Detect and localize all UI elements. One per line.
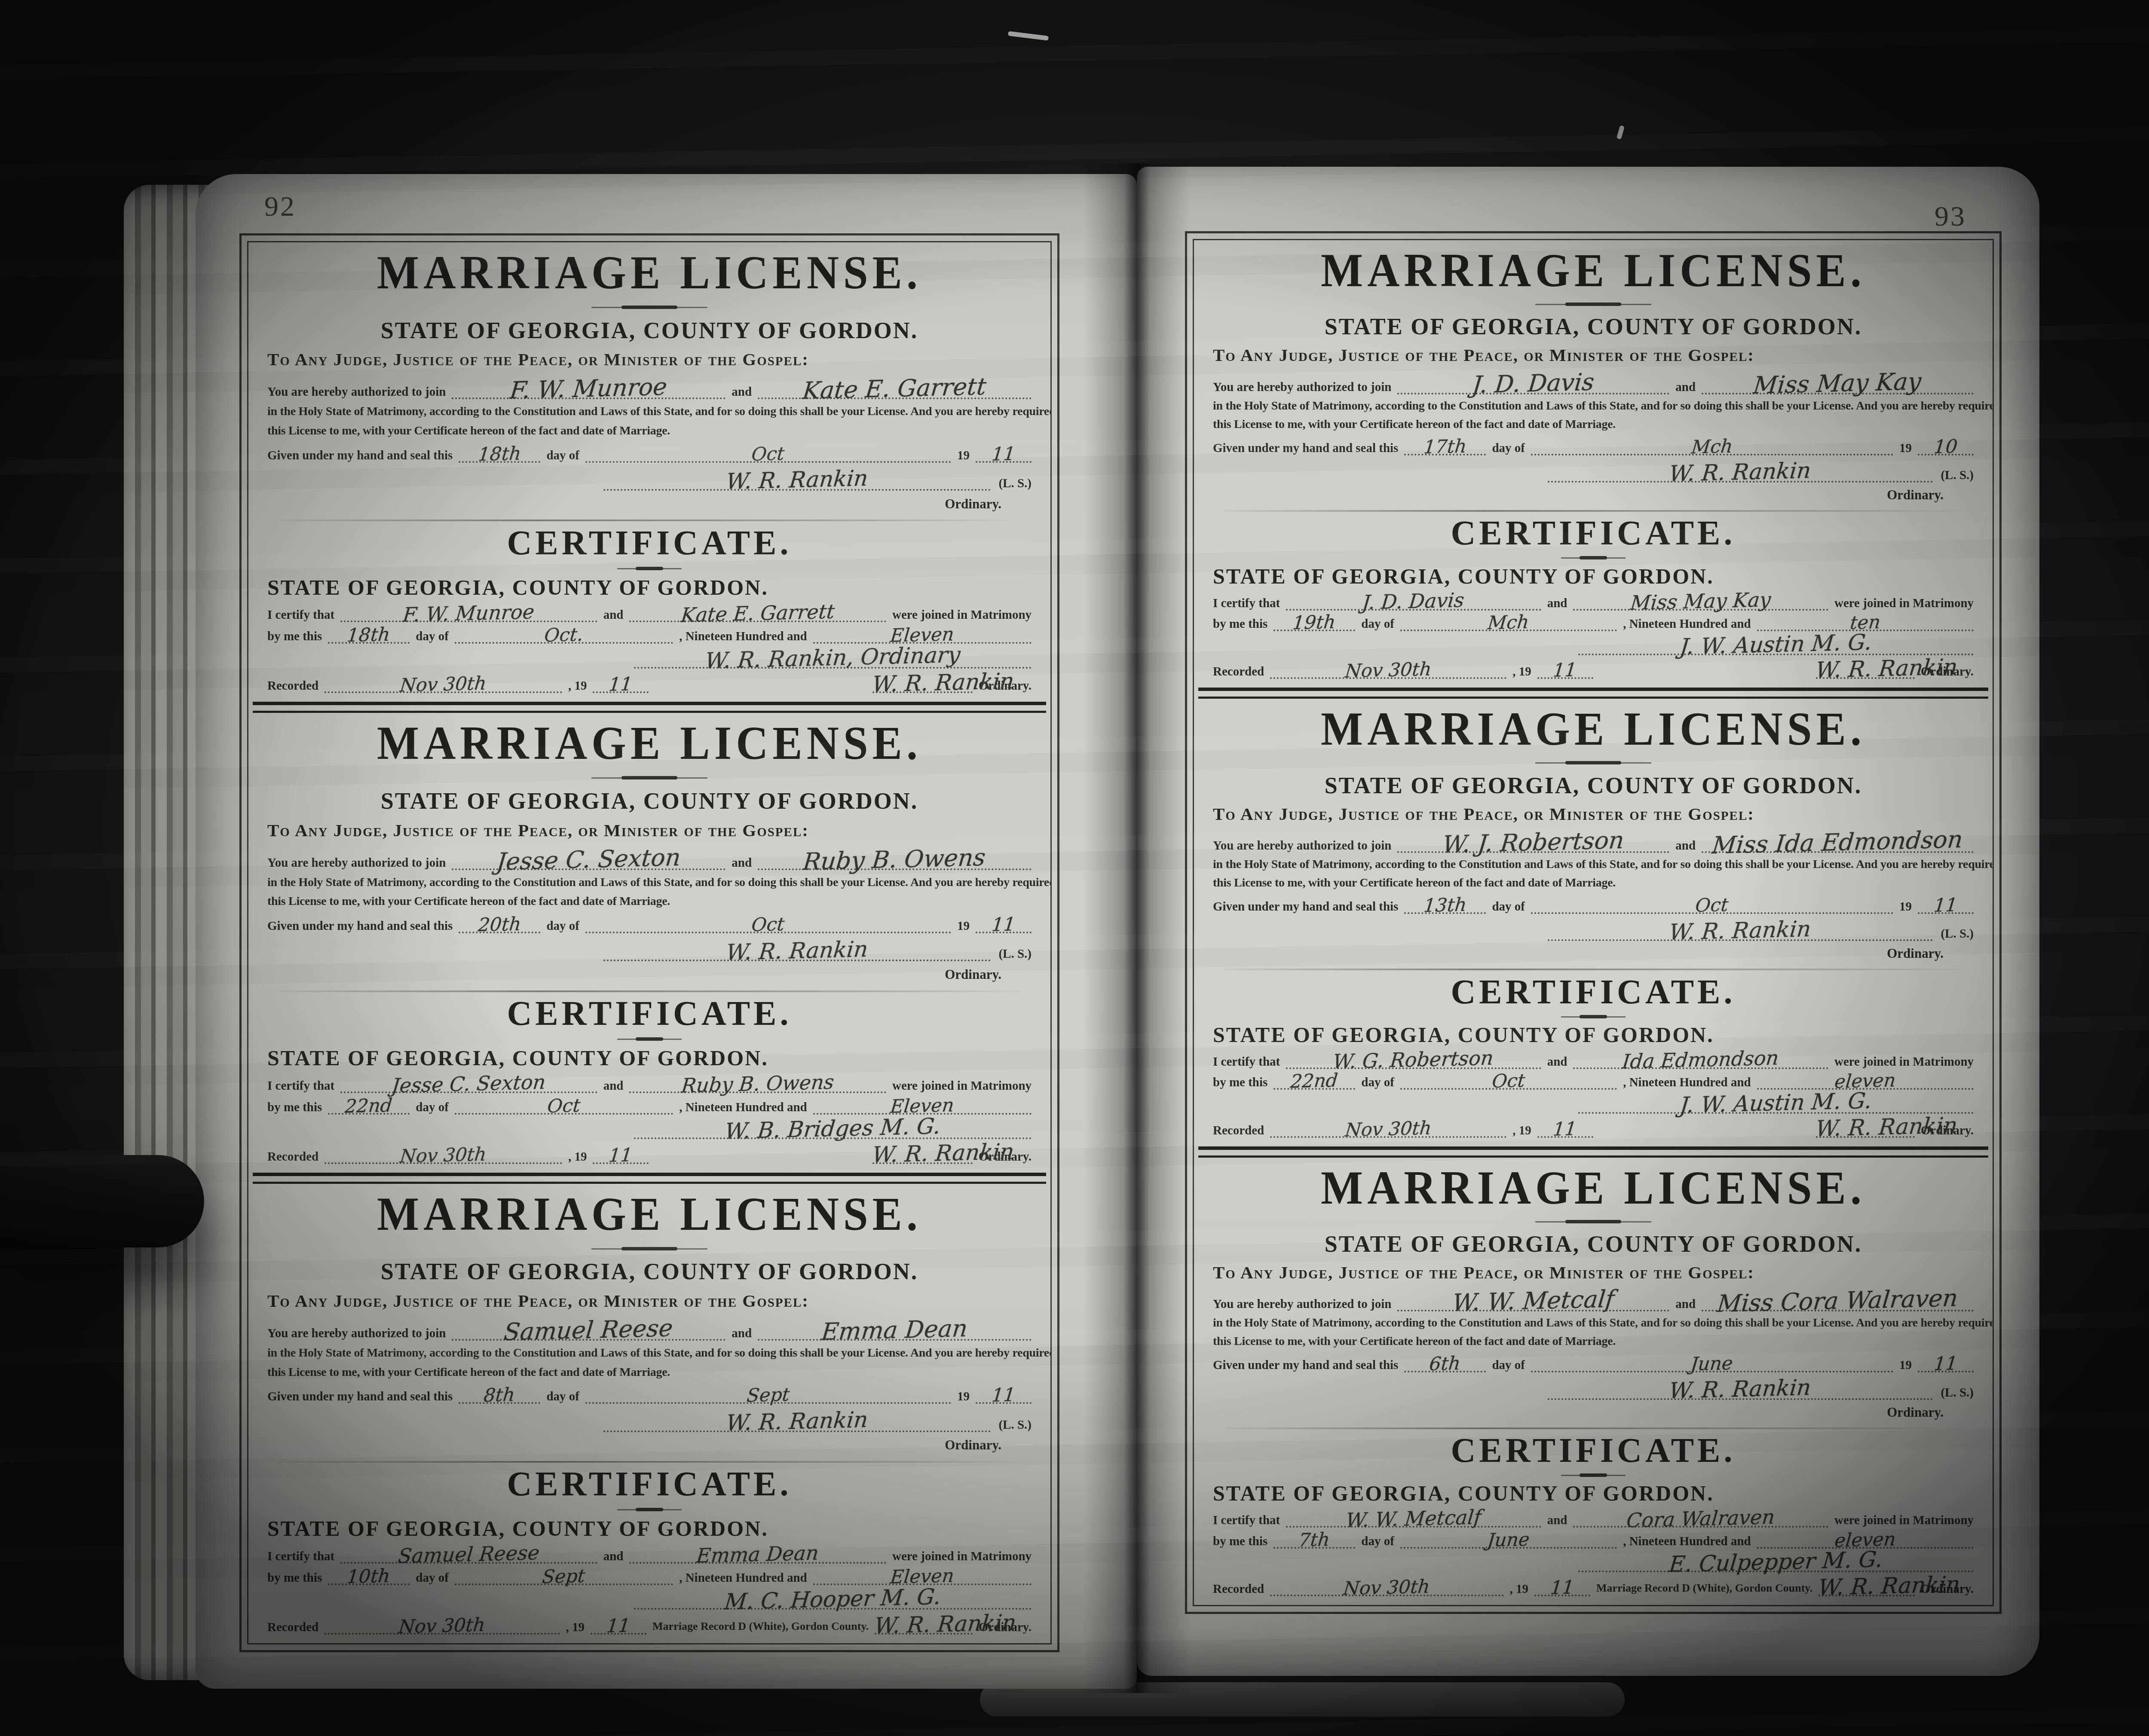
certify-row: I certify that W. W. Metcalf and Cora Wa… [1213, 1507, 1974, 1528]
year-blank: 11 [976, 914, 1032, 933]
minister-signature: J. W. Austin M. G. [1679, 1091, 1873, 1116]
license-body-line-1: in the Holy State of Matrimony, accordin… [267, 1346, 1032, 1360]
groom-name: W. J. Robertson [1442, 828, 1625, 856]
given-row: Given under my hand and seal this 20th d… [267, 914, 1032, 933]
year-blank: 11 [1918, 1353, 1974, 1372]
record-book-footer: Marriage Record D (White), Gordon County… [1596, 1582, 1812, 1596]
book-gutter-shadow [1083, 163, 1191, 1693]
given-row: Given under my hand and seal this 6th da… [1213, 1353, 1974, 1372]
day-of-label: day of [416, 1100, 449, 1115]
and-label: and [1547, 596, 1567, 611]
section-separator [1198, 688, 1988, 699]
cert-month-blank: Oct [455, 1095, 673, 1115]
marriage-license-section: MARRIAGE LICENSE. STATE OF GEORGIA, COUN… [1213, 706, 1974, 970]
signature-blank: W. R. Rankin [603, 1409, 991, 1432]
given-label: Given under my hand and seal this [1213, 900, 1398, 914]
form-frame: MARRIAGE LICENSE. STATE OF GEORGIA, COUN… [1185, 231, 2002, 1614]
day-of-label: day of [416, 1571, 449, 1585]
license-body-line-1: in the Holy State of Matrimony, accordin… [1213, 399, 1974, 413]
film-scratch [1616, 125, 1625, 140]
license-body-line-2: this License to me, with your Certificat… [1213, 876, 1974, 890]
ordinary-label: Ordinary. [1213, 946, 1974, 961]
section-separator [1198, 1146, 1988, 1158]
bride-name: Miss May Kay [1752, 370, 1922, 397]
license-month: Oct [751, 916, 786, 934]
state-county-heading: STATE OF GEORGIA, COUNTY OF GORDON. [267, 1045, 1032, 1070]
year-printed-label: 19 [1899, 1358, 1912, 1372]
ordinary-signature: W. R. Rankin [1668, 919, 1812, 944]
license-body-line-1: in the Holy State of Matrimony, accordin… [267, 876, 1032, 889]
recorded-year-blank: 11 [593, 674, 649, 693]
recorded-year-printed: , 19 [566, 1620, 585, 1635]
recorded-year-blank: 11 [1537, 1119, 1593, 1138]
year-printed-label: 19 [957, 1390, 970, 1404]
cert-day: 22nd [344, 1097, 393, 1116]
signature-blank: W. R. Rankin [603, 939, 991, 961]
scanned-record-book-photo: 92 MARRIAGE LICENSE. STATE OF GEORGIA, C… [0, 0, 2149, 1736]
record-unit: MARRIAGE LICENSE. STATE OF GEORGIA, COUN… [1194, 1158, 1993, 1605]
recorded-year-printed: , 19 [568, 679, 587, 693]
cert-bride-name: Cora Walraven [1626, 1507, 1776, 1530]
license-title: MARRIAGE LICENSE. [267, 1190, 1032, 1238]
officiant-blank: W. R. Rankin, Ordinary [634, 646, 1032, 668]
recorded-date: Nov 30th [399, 1146, 487, 1165]
recorded-date: Nov 30th [398, 1617, 486, 1636]
state-county-heading: STATE OF GEORGIA, COUNTY OF GORDON. [1213, 1231, 1974, 1257]
officiant-blank: J. W. Austin M. G. [1578, 633, 1974, 655]
state-county-heading: STATE OF GEORGIA, COUNTY OF GORDON. [267, 1516, 1032, 1541]
cert-month-blank: Oct [1400, 1070, 1617, 1090]
officiant-blank: E. Culpepper M. G. [1578, 1550, 1974, 1572]
recorded-label: Recorded [1213, 1582, 1264, 1596]
license-body-line-1: in the Holy State of Matrimony, accordin… [1213, 1316, 1974, 1330]
recorder-signature: W. R. Rankin [1815, 1116, 1958, 1140]
nineteen-label: , Nineteen Hundred and [679, 1100, 807, 1115]
nineteen-label: , Nineteen Hundred and [679, 630, 807, 644]
signature-row: W. R. Rankin (L. S.) [1548, 1377, 1974, 1400]
cert-groom-name: F. W. Munroe [402, 602, 535, 624]
recorded-blank: Nov 30th [324, 1615, 560, 1635]
recorded-year-printed: , 19 [1510, 1582, 1529, 1596]
officiant-row: M. C. Hooper M. G. [634, 1587, 1032, 1610]
by-me-label: by me this [1213, 1076, 1267, 1090]
record-book-footer: Marriage Record D (White), Gordon County… [652, 1620, 869, 1635]
recorder-blank: W. R. Rankin [875, 1612, 972, 1635]
recorded-blank: Nov 30th [324, 1145, 562, 1164]
cert-bride-name: Kate E. Garrett [680, 602, 835, 625]
recorded-blank: Nov 30th [1270, 1119, 1506, 1138]
marriage-license-section: MARRIAGE LICENSE. STATE OF GEORGIA, COUN… [267, 250, 1032, 522]
ordinary-label: Ordinary. [267, 1437, 1032, 1453]
cert-day: 18th [346, 626, 391, 645]
and-label: and [1675, 380, 1696, 394]
and-label: and [732, 385, 752, 399]
month-blank: Sept [585, 1385, 951, 1404]
day-of-label: day of [1492, 441, 1525, 455]
cert-month: Oct [546, 1097, 581, 1116]
cert-month-blank: Mch [1400, 612, 1617, 631]
cert-bride-blank: Kate E. Garrett [629, 602, 886, 623]
license-body-line-2: this License to me, with your Certificat… [1213, 418, 1974, 431]
license-year: 10 [1933, 438, 1958, 456]
ornament-divider [591, 1247, 707, 1250]
salutation: To Any Judge, Justice of the Peace, or M… [267, 349, 1032, 370]
license-year: 11 [1933, 896, 1958, 914]
authorize-label: You are hereby authorized to join [267, 856, 446, 870]
and-label: and [732, 1326, 752, 1341]
bride-name: Miss Cora Walraven [1716, 1287, 1959, 1315]
license-year: 11 [991, 916, 1016, 934]
ordinary-signature: W. R. Rankin [725, 468, 869, 493]
ordinary-label: Ordinary. [267, 967, 1032, 982]
groom-name: Samuel Reese [503, 1317, 674, 1343]
cert-year-words: Eleven [889, 1097, 955, 1116]
certify-label: I certify that [1213, 1055, 1280, 1069]
signature-row: W. R. Rankin (L. S.) [603, 939, 1032, 961]
signature-blank: W. R. Rankin [1548, 919, 1933, 941]
minister-signature: W. B. Bridges M. G. [724, 1116, 941, 1143]
day-blank: 8th [459, 1385, 540, 1404]
cert-day-blank: 10th [328, 1566, 410, 1585]
license-month: Mch [1690, 437, 1733, 456]
given-label: Given under my hand and seal this [267, 1390, 453, 1404]
groom-name: W. W. Metcalf [1451, 1287, 1615, 1314]
nineteen-label: , Nineteen Hundred and [1623, 1534, 1751, 1549]
officiant-row: J. W. Austin M. G. [1578, 633, 1974, 655]
by-me-row: by me this 7th day of June , Nineteen Hu… [1213, 1529, 1974, 1549]
certify-label: I certify that [1213, 596, 1280, 611]
license-day: 6th [1429, 1355, 1461, 1373]
cert-groom-blank: Jesse C. Sexton [340, 1073, 597, 1093]
license-year: 11 [1933, 1355, 1958, 1373]
certificate-section: CERTIFICATE. STATE OF GEORGIA, COUNTY OF… [1213, 512, 1974, 679]
form-frame-inner: MARRIAGE LICENSE. STATE OF GEORGIA, COUN… [247, 241, 1052, 1644]
certificate-section: CERTIFICATE. STATE OF GEORGIA, COUNTY OF… [267, 1463, 1032, 1635]
license-day: 13th [1423, 896, 1467, 915]
license-day: 8th [483, 1387, 516, 1405]
by-me-row: by me this 19th day of Mch , Nineteen Hu… [1213, 612, 1974, 631]
joined-label: were joined in Matrimony [892, 1079, 1032, 1093]
by-me-label: by me this [267, 1100, 322, 1115]
certify-label: I certify that [1213, 1513, 1280, 1528]
page-number: 93 [1935, 200, 1966, 233]
cert-day: 7th [1298, 1531, 1331, 1550]
cert-groom-name: Samuel Reese [397, 1543, 540, 1566]
officiant-row: W. R. Rankin, Ordinary [634, 646, 1032, 668]
recorded-year-printed: , 19 [568, 1150, 587, 1164]
state-county-heading: STATE OF GEORGIA, COUNTY OF GORDON. [267, 1258, 1032, 1285]
given-row: Given under my hand and seal this 8th da… [267, 1385, 1032, 1404]
recorder-signature: W. R. Rankin [871, 1142, 1015, 1166]
cert-bride-name: Ruby B. Owens [680, 1073, 835, 1095]
page-number: 92 [264, 190, 296, 223]
record-unit: MARRIAGE LICENSE. STATE OF GEORGIA, COUN… [248, 242, 1050, 702]
officiant-blank: M. C. Hooper M. G. [634, 1587, 1032, 1610]
recorded-blank: Nov 30th [1270, 1577, 1503, 1596]
minister-signature: E. Culpepper M. G. [1668, 1550, 1883, 1576]
authorization-row: You are hereby authorized to join Samuel… [267, 1317, 1032, 1341]
seal-label: (L. S.) [998, 1418, 1032, 1432]
year-blank: 11 [1918, 895, 1974, 914]
groom-blank: W. J. Robertson [1397, 829, 1669, 853]
license-title: MARRIAGE LICENSE. [267, 249, 1032, 296]
bride-blank: Miss Cora Walraven [1702, 1287, 1974, 1311]
nineteen-label: , Nineteen Hundred and [679, 1571, 807, 1585]
ornament-divider [1561, 1473, 1626, 1477]
recorded-row: Recorded Nov 30th , 19 11 Marriage Recor… [267, 1612, 1032, 1635]
recorder-blank: W. R. Rankin [1818, 1574, 1914, 1596]
license-year: 11 [991, 445, 1016, 463]
recorded-year: 11 [608, 676, 634, 694]
by-me-label: by me this [1213, 617, 1267, 631]
recorded-label: Recorded [267, 679, 318, 693]
state-county-heading: STATE OF GEORGIA, COUNTY OF GORDON. [267, 788, 1032, 814]
marriage-license-section: MARRIAGE LICENSE. STATE OF GEORGIA, COUN… [267, 1192, 1032, 1463]
minister-signature: M. C. Hooper M. G. [723, 1587, 942, 1613]
recorded-date: Nov 30th [1343, 1578, 1431, 1598]
officiant-blank: J. W. Austin M. G. [1578, 1091, 1974, 1113]
recorded-date: Nov 30th [399, 675, 487, 695]
authorize-label: You are hereby authorized to join [1213, 1297, 1391, 1311]
bride-blank: Ruby B. Owens [758, 846, 1032, 870]
and-label: and [732, 856, 752, 870]
recorder-signature: W. R. Rankin [871, 671, 1015, 696]
joined-label: were joined in Matrimony [892, 608, 1032, 622]
recorded-row: Recorded Nov 30th , 19 11 W. R. Rankin O… [267, 671, 1032, 693]
bride-blank: Kate E. Garrett [758, 375, 1032, 399]
recorded-row: Recorded Nov 30th , 19 11 Marriage Recor… [1213, 1574, 1974, 1596]
license-title: MARRIAGE LICENSE. [1213, 247, 1974, 294]
license-title: MARRIAGE LICENSE. [1213, 1164, 1974, 1212]
cert-bride-blank: Miss May Kay [1573, 590, 1828, 611]
and-label: and [1547, 1513, 1567, 1528]
recorded-label: Recorded [1213, 1124, 1264, 1138]
recorder-signature: W. R. Rankin [874, 1612, 1017, 1637]
by-me-label: by me this [1213, 1534, 1267, 1549]
cert-bride-name: Miss May Kay [1629, 590, 1772, 613]
given-label: Given under my hand and seal this [1213, 441, 1398, 455]
seal-label: (L. S.) [998, 947, 1032, 961]
cert-year-blank: Eleven [813, 1566, 1032, 1585]
license-day: 18th [477, 445, 522, 464]
license-title: MARRIAGE LICENSE. [267, 720, 1032, 767]
recorded-year: 11 [608, 1146, 634, 1164]
day-of-label: day of [546, 449, 579, 463]
signature-row: W. R. Rankin (L. S.) [603, 1409, 1032, 1432]
cert-day: 10th [346, 1568, 391, 1586]
license-body-line-2: this License to me, with your Certificat… [267, 895, 1032, 908]
state-county-heading: STATE OF GEORGIA, COUNTY OF GORDON. [1213, 1022, 1974, 1047]
groom-blank: Samuel Reese [452, 1317, 726, 1341]
salutation: To Any Judge, Justice of the Peace, or M… [1213, 804, 1974, 824]
ornament-divider [1561, 556, 1626, 559]
ornament-divider [591, 776, 707, 779]
groom-name: J. D. Davis [1471, 371, 1595, 396]
ornament-divider [1535, 303, 1651, 306]
recorded-row: Recorded Nov 30th , 19 11 W. R. Rankin O… [1213, 1115, 1974, 1137]
by-me-label: by me this [267, 1571, 322, 1585]
record-unit: MARRIAGE LICENSE. STATE OF GEORGIA, COUN… [248, 713, 1050, 1172]
cert-year-blank: Eleven [813, 624, 1032, 644]
day-blank: 20th [459, 914, 540, 933]
cert-year-words: Eleven [889, 626, 955, 645]
day-blank: 17th [1404, 436, 1486, 455]
ordinary-label: Ordinary. [267, 496, 1032, 512]
day-of-label: day of [416, 630, 449, 644]
nineteen-label: , Nineteen Hundred and [1623, 617, 1751, 631]
seal-label: (L. S.) [1941, 1386, 1974, 1400]
and-label: and [603, 1079, 624, 1093]
salutation: To Any Judge, Justice of the Peace, or M… [267, 1290, 1032, 1311]
cert-day: 22nd [1290, 1072, 1339, 1091]
recorder-blank: W. R. Rankin [1816, 1115, 1915, 1137]
recorded-date: Nov 30th [1344, 661, 1432, 681]
recorder-signature: W. R. Rankin [1818, 1574, 1961, 1598]
certify-label: I certify that [267, 608, 334, 622]
state-county-heading: STATE OF GEORGIA, COUNTY OF GORDON. [267, 575, 1032, 600]
cert-year-blank: eleven [1757, 1070, 1974, 1090]
section-separator [253, 702, 1046, 713]
recorded-year-blank: 11 [591, 1615, 646, 1635]
recorder-blank: W. R. Rankin [1816, 657, 1915, 679]
officiant-row: W. B. Bridges M. G. [634, 1117, 1032, 1139]
cert-day-blank: 19th [1273, 612, 1355, 631]
seal-label: (L. S.) [1941, 927, 1974, 941]
day-of-label: day of [1361, 1534, 1394, 1549]
given-label: Given under my hand and seal this [1213, 1358, 1398, 1372]
groom-blank: Jesse C. Sexton [452, 846, 726, 870]
license-month: June [1690, 1355, 1734, 1373]
recorded-blank: Nov 30th [1270, 660, 1506, 679]
ordinary-signature: W. R. Rankin [725, 939, 869, 964]
recorded-row: Recorded Nov 30th , 19 11 W. R. Rankin O… [1213, 657, 1974, 679]
cert-year-blank: Eleven [813, 1095, 1032, 1115]
year-blank: 11 [976, 1385, 1032, 1404]
marriage-license-section: MARRIAGE LICENSE. STATE OF GEORGIA, COUN… [267, 721, 1032, 992]
certify-label: I certify that [267, 1079, 334, 1093]
by-me-row: by me this 18th day of Oct. , Nineteen H… [267, 624, 1032, 644]
day-blank: 13th [1404, 895, 1486, 914]
day-blank: 6th [1404, 1353, 1486, 1372]
cert-bride-name: Ida Edmondson [1622, 1049, 1780, 1072]
day-of-label: day of [1361, 1076, 1394, 1090]
groom-blank: F. W. Munroe [452, 375, 726, 399]
month-blank: Oct [1531, 895, 1893, 914]
bride-blank: Miss Ida Edmondson [1702, 829, 1974, 853]
license-month: Sept [746, 1386, 790, 1405]
recorder-blank: W. R. Rankin [872, 1141, 973, 1164]
by-me-row: by me this 10th day of Sept , Nineteen H… [267, 1566, 1032, 1585]
given-row: Given under my hand and seal this 18th d… [267, 443, 1032, 463]
recorded-year-blank: 11 [1537, 660, 1593, 679]
given-label: Given under my hand and seal this [267, 919, 453, 933]
license-title: MARRIAGE LICENSE. [1213, 706, 1974, 753]
joined-label: were joined in Matrimony [1834, 1055, 1974, 1069]
bride-blank: Emma Dean [758, 1317, 1032, 1341]
license-body-line-1: in the Holy State of Matrimony, accordin… [1213, 858, 1974, 871]
cert-year-words: ten [1849, 614, 1881, 632]
cert-groom-blank: Samuel Reese [340, 1543, 597, 1564]
bride-name: Emma Dean [820, 1317, 969, 1343]
and-label: and [1547, 1055, 1567, 1069]
recorder-blank: W. R. Rankin [872, 671, 973, 693]
certificate-title: CERTIFICATE. [1213, 975, 1974, 1009]
officiant-row: E. Culpepper M. G. [1578, 1550, 1974, 1572]
cert-day-blank: 22nd [328, 1095, 410, 1115]
given-label: Given under my hand and seal this [267, 449, 453, 463]
year-printed-label: 19 [957, 919, 970, 933]
certify-row: I certify that J. D. Davis and Miss May … [1213, 590, 1974, 611]
month-blank: June [1531, 1353, 1893, 1372]
recorded-year: 11 [1552, 662, 1578, 680]
authorization-row: You are hereby authorized to join J. D. … [1213, 370, 1974, 394]
cert-bride-name: Emma Dean [696, 1544, 820, 1566]
signature-row: W. R. Rankin (L. S.) [1548, 919, 1974, 941]
by-me-label: by me this [267, 630, 322, 644]
given-row: Given under my hand and seal this 17th d… [1213, 436, 1974, 455]
and-label: and [1675, 1297, 1696, 1311]
certify-row: I certify that F. W. Munroe and Kate E. … [267, 602, 1032, 623]
recorded-label: Recorded [1213, 665, 1264, 679]
license-month: Oct [1695, 896, 1730, 915]
day-of-label: day of [1492, 1358, 1525, 1372]
cert-month: June [1486, 1531, 1530, 1549]
authorize-label: You are hereby authorized to join [267, 385, 446, 399]
cert-groom-name: W. W. Metcalf [1345, 1508, 1482, 1530]
salutation: To Any Judge, Justice of the Peace, or M… [267, 820, 1032, 840]
recorded-row: Recorded Nov 30th , 19 11 W. R. Rankin O… [267, 1141, 1032, 1164]
cert-groom-name: Jesse C. Sexton [391, 1073, 546, 1096]
cert-year-blank: ten [1757, 612, 1974, 631]
bride-blank: Miss May Kay [1702, 370, 1974, 394]
day-of-label: day of [1361, 617, 1394, 631]
state-county-heading: STATE OF GEORGIA, COUNTY OF GORDON. [267, 317, 1032, 344]
cert-year-blank: eleven [1757, 1529, 1974, 1549]
and-label: and [603, 1550, 624, 1564]
day-blank: 18th [459, 443, 540, 463]
record-unit: MARRIAGE LICENSE. STATE OF GEORGIA, COUN… [248, 1184, 1050, 1643]
cert-month: Oct. [543, 626, 584, 645]
ornament-divider [617, 1508, 682, 1511]
signature-row: W. R. Rankin (L. S.) [1548, 460, 1974, 483]
minister-signature: W. R. Rankin, Ordinary [704, 645, 961, 672]
cert-year-words: Eleven [889, 1567, 955, 1586]
by-me-row: by me this 22nd day of Oct , Nineteen Hu… [1213, 1070, 1974, 1090]
bride-name: Ruby B. Owens [802, 846, 986, 873]
day-of-label: day of [1492, 900, 1525, 914]
certificate-title: CERTIFICATE. [267, 996, 1032, 1031]
license-body-line-2: this License to me, with your Certificat… [1213, 1335, 1974, 1348]
license-body-line-2: this License to me, with your Certificat… [267, 1366, 1032, 1379]
salutation: To Any Judge, Justice of the Peace, or M… [1213, 1262, 1974, 1283]
recorded-date: Nov 30th [1344, 1119, 1432, 1139]
recorded-label: Recorded [267, 1150, 318, 1164]
license-day: 17th [1423, 437, 1467, 456]
seal-label: (L. S.) [1941, 468, 1974, 483]
year-blank: 11 [976, 443, 1032, 463]
state-county-heading: STATE OF GEORGIA, COUNTY OF GORDON. [1213, 313, 1974, 340]
cert-day-blank: 18th [328, 624, 410, 644]
cert-year-words: eleven [1834, 1531, 1896, 1550]
license-day: 20th [477, 916, 522, 934]
by-me-row: by me this 22nd day of Oct , Nineteen Hu… [267, 1095, 1032, 1115]
cert-month: Sept [542, 1568, 586, 1586]
marriage-license-section: MARRIAGE LICENSE. STATE OF GEORGIA, COUN… [1213, 248, 1974, 512]
license-body-line-2: this License to me, with your Certificat… [267, 424, 1032, 438]
ornament-divider [1535, 761, 1651, 764]
year-printed-label: 19 [1899, 900, 1912, 914]
joined-label: were joined in Matrimony [892, 1550, 1032, 1564]
